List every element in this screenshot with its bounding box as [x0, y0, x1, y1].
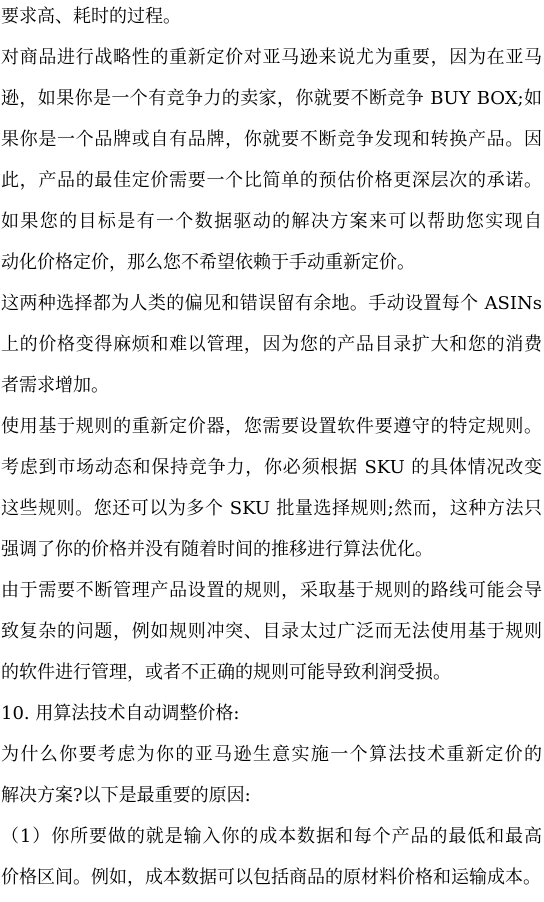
text-line: 由于需要不断管理产品设置的规则，采取基于规则的路线可能会导	[1, 570, 542, 611]
text-line: 者需求增加。	[1, 365, 542, 406]
text-line: 的软件进行管理，或者不正确的规则可能导致利润受损。	[1, 652, 542, 693]
list-item-line: （1）你所要做的就是输入你的成本数据和每个产品的最低和最高	[1, 816, 542, 857]
text-line: 使用基于规则的重新定价器，您需要设置软件要遵守的特定规则。	[1, 406, 542, 447]
text-line: 这两种选择都为人类的偏见和错误留有余地。手动设置每个 ASINs	[1, 283, 542, 324]
list-item-line: 价格区间。例如，成本数据可以包括商品的原材料价格和运输成本。	[1, 857, 542, 898]
text-line: 考虑到市场动态和保持竞争力，你必须根据 SKU 的具体情况改变	[1, 447, 542, 488]
document-page: 要求高、耗时的过程。 对商品进行战略性的重新定价对亚马逊来说尤为重要，因为在亚马…	[0, 0, 544, 898]
text-line: 逊，如果你是一个有竞争力的卖家，你就要不断竞争 BUY BOX;如	[1, 78, 542, 119]
text-line: 强调了你的价格并没有随着时间的推移进行算法优化。	[1, 529, 542, 570]
text-line: 上的价格变得麻烦和难以管理，因为您的产品目录扩大和您的消费	[1, 324, 542, 365]
text-line: 此，产品的最佳定价需要一个比简单的预估价格更深层次的承诺。	[1, 160, 542, 201]
text-line: 这些规则。您还可以为多个 SKU 批量选择规则;然而，这种方法只	[1, 488, 542, 529]
text-line: 解决方案?以下是最重要的原因:	[1, 775, 542, 816]
text-line: 为什么你要考虑为你的亚马逊生意实施一个算法技术重新定价的	[1, 734, 542, 775]
text-line: 对商品进行战略性的重新定价对亚马逊来说尤为重要，因为在亚马	[1, 37, 542, 78]
text-line: 如果您的目标是有一个数据驱动的解决方案来可以帮助您实现自	[1, 201, 542, 242]
text-line: 致复杂的问题，例如规则冲突、目录太过广泛而无法使用基于规则	[1, 611, 542, 652]
text-line: 果你是一个品牌或自有品牌，你就要不断竞争发现和转换产品。因	[1, 119, 542, 160]
section-heading-line: 10. 用算法技术自动调整价格:	[1, 693, 542, 734]
text-line: 要求高、耗时的过程。	[1, 0, 542, 37]
text-line: 动化价格定价，那么您不希望依赖于手动重新定价。	[1, 242, 542, 283]
